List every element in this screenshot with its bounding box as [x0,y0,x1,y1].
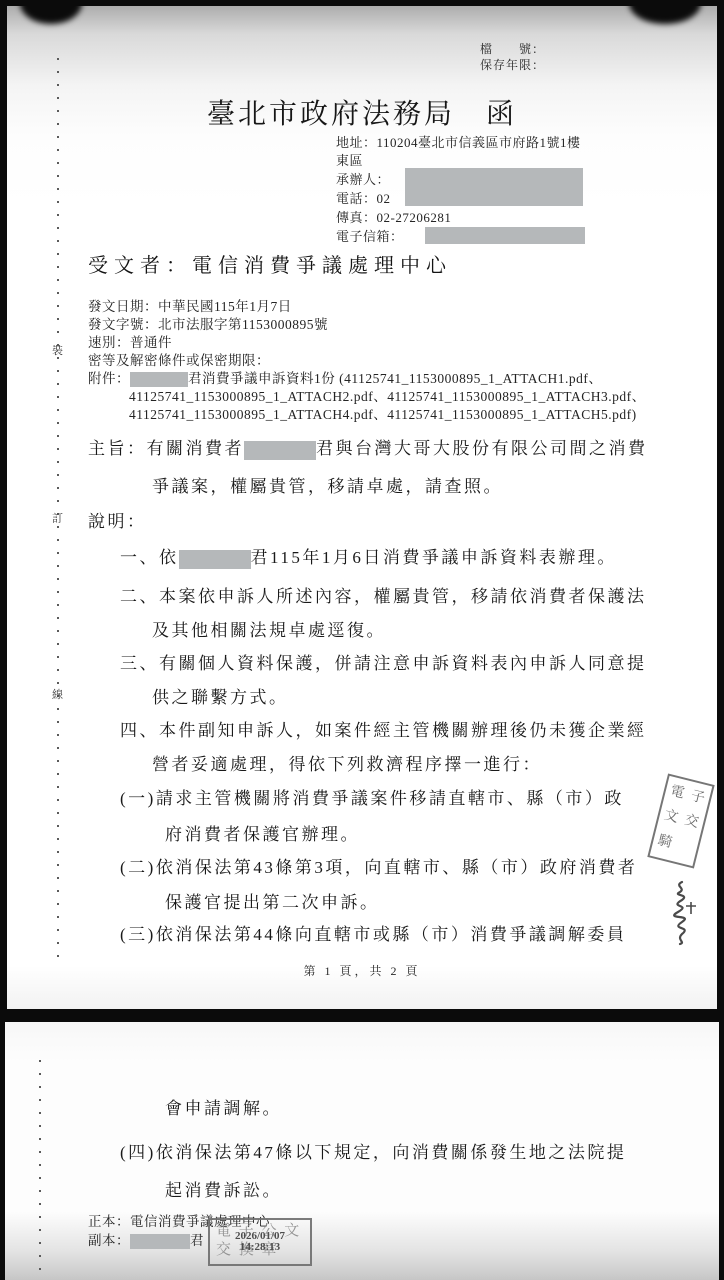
letter-page-2: 會申請調解。 (四)依消保法第47條以下規定，向消費關係發生地之法院提 起消費訴… [5,1022,719,1280]
letter-page-1: 檔 號： 保存年限： 臺北市政府法務局 函 地址：110204臺北市信義區市府路… [7,6,717,1009]
subitem-2-line-2: 保護官提出第二次申訴。 [165,888,380,913]
item-4-line-2: 營者妥適處理，得依下列救濟程序擇一進行： [152,750,542,775]
doc-number-line: 發文字號：北市法服字第1153000895號 [88,313,328,333]
document-title: 臺北市政府法務局 函 [7,92,717,132]
redaction-box-email [425,227,585,244]
screen-corner-left [20,6,82,24]
redaction-box-subject-name [244,441,316,460]
speed-line: 速別：普通件 [88,331,172,351]
explanation-label: 說明： [88,507,147,532]
recipient-line: 受文者：電信消費爭議處理中心 [88,249,452,278]
exchange-stamp-time: 14:28:13 [240,1242,280,1253]
item-3-line-1: 三、有關個人資料保護，併請注意申訴資料表內申訴人同意提 [120,649,647,674]
exchange-stamp: 電 子 公 文 交 換 章 2026/01/07 14:28:13 [208,1218,312,1266]
exchange-stamp-datetime: 2026/01/07 14:28:13 [210,1220,310,1264]
subitem-4-line-2: 起消費訴訟。 [165,1176,282,1201]
retention-period-label: 保存年限： [480,56,545,73]
issue-date-line: 發文日期：中華民國115年1月7日 [88,295,292,315]
item-2-line-1: 二、本案依申訴人所述內容，權屬貴管，移請依消費者保護法 [120,582,647,607]
binding-mark-zhuang: 裝 [52,342,63,358]
email-label: 電子信箱： [336,228,404,247]
redaction-box-copy-name [130,1234,190,1249]
fax-line: 傳真：02-27206281 [336,209,451,228]
address-line-2: 東區 [336,152,363,171]
binding-dotted-line [39,1060,41,1280]
item-1-suffix: 君115年1月6日消費爭議申訴資料表辦理。 [251,548,617,567]
security-line: 密等及解密條件或保密期限： [88,349,270,369]
seam-seal-char: 交 [678,809,705,839]
screen-corner-right [629,6,701,24]
copy-suffix: 君 [190,1233,204,1248]
carbon-copy-line: 副本：君 [88,1229,204,1249]
item-4-line-1: 四、本件副知申訴人，如案件經主管機關辦理後仍未獲企業經 [120,716,647,741]
contact-person-label: 承辦人： [336,171,390,190]
binding-dotted-line [57,58,59,960]
redaction-box-contact [405,168,583,206]
redaction-box-item1-name [179,550,251,569]
phone-label: 電話：02 [336,190,391,209]
subitem-2-line-1: (二)依消保法第43條第3項，向直轄市、縣（市）政府消費者 [120,853,637,878]
attachment-label: 附件： [88,371,130,386]
page-number-footer: 第 1 頁，共 2 頁 [7,962,717,979]
subject-line-2: 爭議案，權屬貴管，移請卓處，請查照。 [152,472,503,497]
address-line-1: 地址：110204臺北市信義區市府路1號1樓 [336,134,581,153]
subject-prefix: 主旨：有關消費者 [88,439,244,458]
document-viewer: 檔 號： 保存年限： 臺北市政府法務局 函 地址：110204臺北市信義區市府路… [0,0,724,1280]
file-number-label: 檔 號： [480,40,545,57]
binding-mark-xian: 線 [52,686,63,702]
subitem-4-line-1: (四)依消保法第47條以下規定，向消費關係發生地之法院提 [120,1138,626,1163]
attachment-rest: 君消費爭議申訴資料1份 (41125741_1153000895_1_ATTAC… [188,371,602,386]
subitem-1-line-2: 府消費者保護官辦理。 [165,820,360,845]
handwritten-scribble [652,878,704,948]
subject-line-1: 主旨：有關消費者君與台灣大哥大股份有限公司間之消費 [88,434,648,460]
subitem-1-line-1: (一)請求主管機關將消費爭議案件移請直轄市、縣（市）政 [120,784,624,809]
copy-label: 副本： [88,1233,130,1248]
attachment-line-3: 41125741_1153000895_1_ATTACH4.pdf、411257… [129,403,637,423]
seam-seal-char: 騎 [651,828,678,858]
item-3-line-2: 供之聯繫方式。 [152,683,289,708]
item-1-line: 一、依君115年1月6日消費爭議申訴資料表辦理。 [120,543,617,569]
binding-mark-ding: 訂 [52,510,63,526]
subitem-3-line-1: (三)依消保法第44條向直轄市或縣（市）消費爭議調解委員 [120,920,626,945]
seam-seal-stamp: 電 子 文 交 騎 [647,773,714,868]
item-2-line-2: 及其他相關法規卓處逕復。 [152,616,386,641]
attachment-line-2: 41125741_1153000895_1_ATTACH2.pdf、411257… [129,385,646,405]
subitem-3-continuation: 會申請調解。 [165,1094,282,1119]
item-1-prefix: 一、依 [120,548,179,567]
subject-suffix: 君與台灣大哥大股份有限公司間之消費 [316,439,648,458]
